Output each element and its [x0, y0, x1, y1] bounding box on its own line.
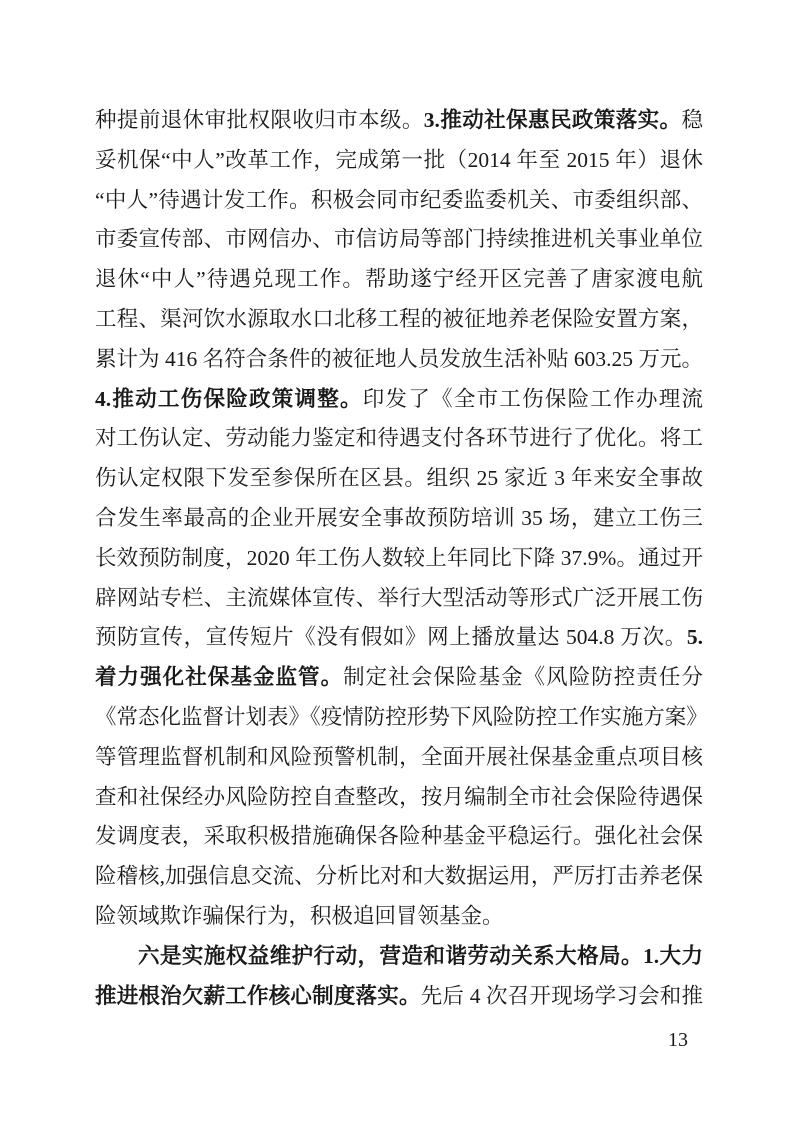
- text-line-13: 辟网站专栏、主流媒体宣传、举行大型活动等形式广泛开展工伤: [95, 579, 703, 619]
- text-segment: 种提前退休审批权限收归市本级。: [95, 108, 424, 132]
- text-segment: 工程、渠河饮水源取水口北移工程的被征地养老保险安置方案，: [95, 307, 703, 331]
- text-segment: 退休“中人”待遇兑现工作。帮助遂宁经开区完善了唐家渡电航: [95, 267, 703, 291]
- text-line-4: 市委宣传部、市网信办、市信访局等部门持续推进机关事业单位: [95, 220, 703, 260]
- text-line-15: 着力强化社保基金监管。制定社会保险基金《风险防控责任分工》: [95, 658, 703, 698]
- text-line-14: 预防宣传，宣传短片《没有假如》网上播放量达 504.8 万次。5.: [95, 618, 703, 658]
- text-segment: 市委宣传部、市网信办、市信访局等部门持续推进机关事业单位: [95, 227, 703, 251]
- text-segment: 发调度表，采取积极措施确保各险种基金平稳运行。强化社会保: [95, 824, 703, 848]
- text-segment: 累计为 416 名符合条件的被征地人员发放生活补贴 603.25 万元。: [95, 347, 703, 371]
- text-line-3: “中人”待遇计发工作。积极会同市纪委监委机关、市委组织部、: [95, 181, 703, 221]
- text-line-5: 退休“中人”待遇兑现工作。帮助遂宁经开区完善了唐家渡电航: [95, 260, 703, 300]
- text-segment: 合发生率最高的企业开展安全事故预防培训 35 场，建立工伤三级: [95, 506, 703, 539]
- text-line-22: 六是实施权益维护行动，营造和谐劳动关系大格局。1.大力: [95, 937, 703, 977]
- bold-text-segment: 着力强化社保基金监管。: [95, 665, 343, 689]
- text-line-6: 工程、渠河饮水源取水口北移工程的被征地养老保险安置方案，: [95, 300, 703, 340]
- text-line-7: 累计为 416 名符合条件的被征地人员发放生活补贴 603.25 万元。: [95, 340, 703, 380]
- text-line-8: 4.推动工伤保险政策调整。印发了《全市工伤保险工作办理流程》，: [95, 380, 703, 420]
- text-segment: 等管理监督机制和风险预警机制，全面开展社保基金重点项目核: [95, 745, 703, 769]
- bold-text-segment: 推进根治欠薪工作核心制度落实。: [95, 984, 421, 1008]
- bold-text-segment: 5.: [687, 625, 703, 649]
- text-segment: 对工伤认定、劳动能力鉴定和待遇支付各环节进行了优化。将工: [95, 426, 703, 450]
- text-segment: 险稽核,加强信息交流、分析比对和大数据运用，严厉打击养老保: [95, 864, 703, 888]
- bold-text-segment: 3.推动社保惠民政策落实。: [424, 108, 682, 132]
- text-segment: 辟网站专栏、主流媒体宣传、举行大型活动等形式广泛开展工伤: [95, 586, 703, 610]
- text-line-20: 险稽核,加强信息交流、分析比对和大数据运用，严厉打击养老保: [95, 857, 703, 897]
- text-segment: 长效预防制度，2020 年工伤人数较上年同比下降 37.9%。通过开: [95, 546, 703, 570]
- document-text-block: 种提前退休审批权限收归市本级。3.推动社保惠民政策落实。稳妥机保“中人”改革工作…: [95, 101, 703, 1016]
- text-segment: 险领域欺诈骗保行为，积极追回冒领基金。: [95, 904, 504, 928]
- text-line-1: 种提前退休审批权限收归市本级。3.推动社保惠民政策落实。稳: [95, 101, 703, 141]
- text-line-9: 对工伤认定、劳动能力鉴定和待遇支付各环节进行了优化。将工: [95, 419, 703, 459]
- text-line-18: 查和社保经办风险防控自查整改，按月编制全市社会保险待遇保: [95, 778, 703, 818]
- text-line-23: 推进根治欠薪工作核心制度落实。先后 4 次召开现场学习会和推: [95, 977, 703, 1017]
- text-segment: 先后 4 次召开现场学习会和推: [421, 984, 703, 1008]
- text-segment: 稳: [681, 108, 703, 132]
- text-line-10: 伤认定权限下发至参保所在区县。组织 25 家近 3 年来安全事故综: [95, 459, 703, 499]
- text-line-19: 发调度表，采取积极措施确保各险种基金平稳运行。强化社会保: [95, 817, 703, 857]
- document-page: 种提前退休审批权限收归市本级。3.推动社保惠民政策落实。稳妥机保“中人”改革工作…: [0, 0, 793, 1122]
- text-line-16: 《常态化监督计划表》《疫情防控形势下风险防控工作实施方案》: [95, 698, 703, 738]
- page-number: 13: [668, 1028, 688, 1052]
- text-segment: 预防宣传，宣传短片《没有假如》网上播放量达 504.8 万次。: [95, 625, 687, 649]
- text-line-2: 妥机保“中人”改革工作，完成第一批（2014 年至 2015 年）退休: [95, 141, 703, 181]
- text-segment: 查和社保经办风险防控自查整改，按月编制全市社会保险待遇保: [95, 785, 703, 809]
- text-line-21: 险领域欺诈骗保行为，积极追回冒领基金。: [95, 897, 703, 937]
- bold-text-segment: 4.推动工伤保险政策调整。: [95, 387, 363, 411]
- bold-text-segment: 六是实施权益维护行动，营造和谐劳动关系大格局。1.大力: [138, 944, 703, 968]
- text-segment: 《常态化监督计划表》《疫情防控形势下风险防控工作实施方案》: [95, 705, 703, 729]
- text-line-12: 长效预防制度，2020 年工伤人数较上年同比下降 37.9%。通过开: [95, 539, 703, 579]
- text-segment: 伤认定权限下发至参保所在区县。组织 25 家近 3 年来安全事故综: [95, 466, 703, 499]
- text-line-17: 等管理监督机制和风险预警机制，全面开展社保基金重点项目核: [95, 738, 703, 778]
- text-segment: “中人”待遇计发工作。积极会同市纪委监委机关、市委组织部、: [95, 188, 703, 212]
- text-line-11: 合发生率最高的企业开展安全事故预防培训 35 场，建立工伤三级: [95, 499, 703, 539]
- text-segment: 妥机保“中人”改革工作，完成第一批（2014 年至 2015 年）退休: [95, 148, 703, 172]
